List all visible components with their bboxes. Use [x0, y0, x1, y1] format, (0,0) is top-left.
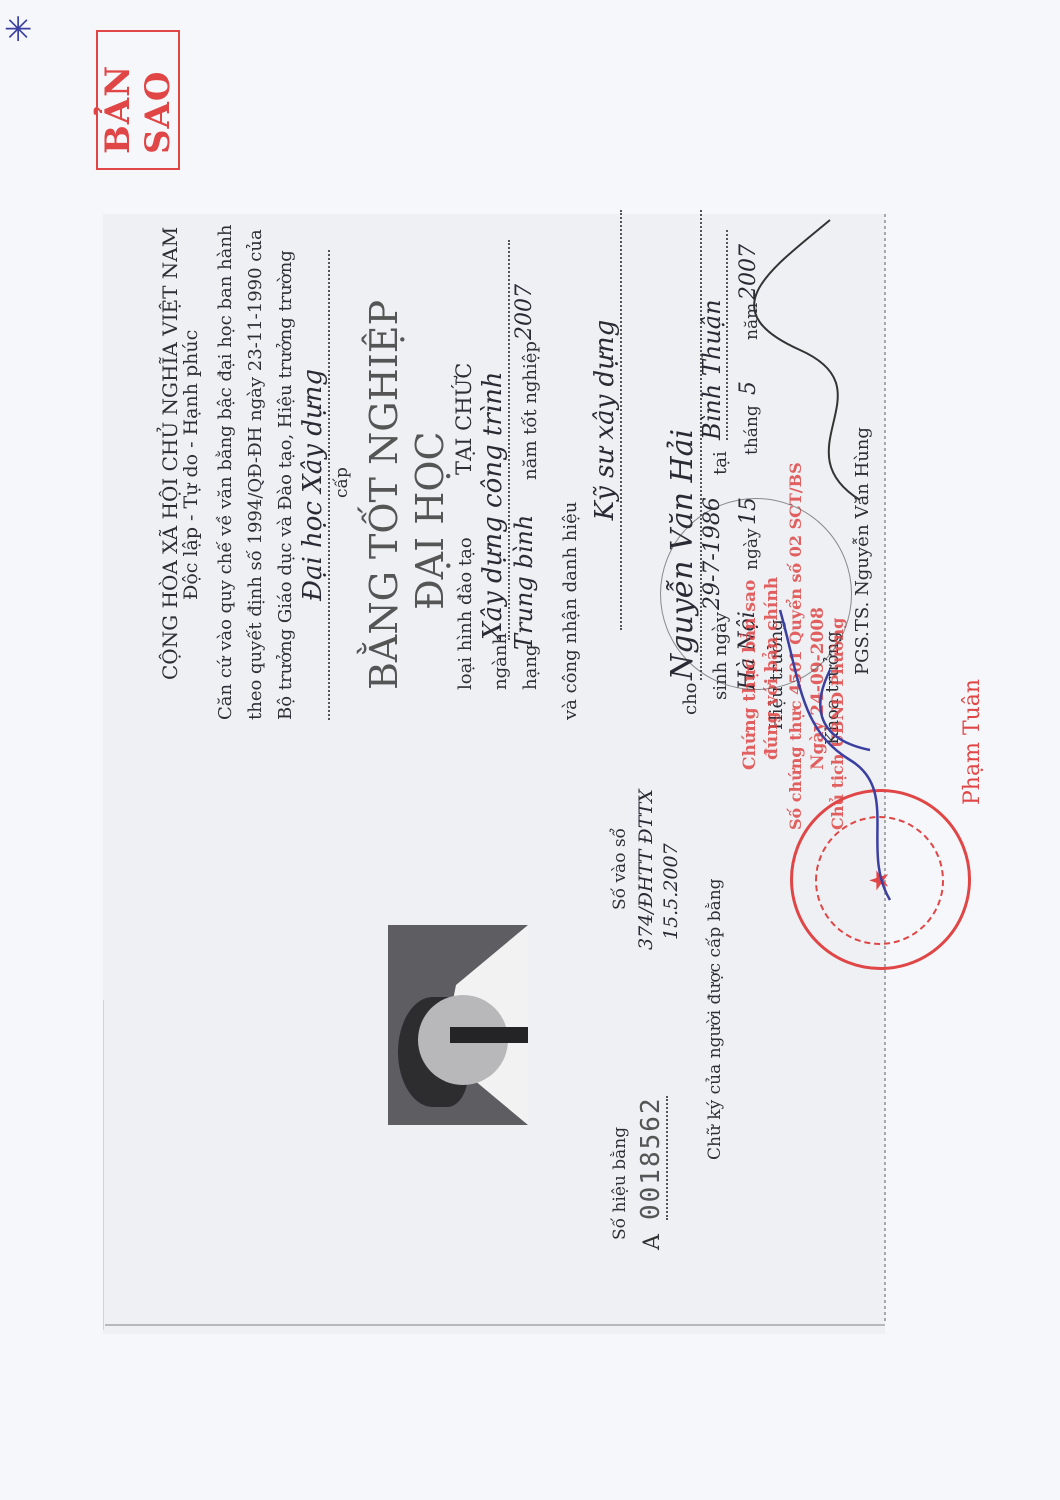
corner-mark-icon: ✳ [4, 8, 34, 52]
rank-label: hạng [520, 645, 541, 690]
country-header: CỘNG HÒA XÃ HỘI CHỦ NGHĨA VIỆT NAM [158, 227, 182, 680]
preamble-line-1: Căn cứ vào quy chế về văn bằng bậc đại h… [215, 224, 236, 720]
rector-signature [740, 210, 900, 510]
copy-stamp: BẢN SAO [96, 30, 180, 170]
rank: Trung bình [510, 515, 538, 650]
year-label: năm tốt nghiệp [520, 341, 541, 480]
preamble-line-2: theo quyết định số 1994/QĐ-ĐH ngày 23-11… [245, 229, 266, 720]
grant-word: cấp [332, 467, 352, 498]
recipient-label: cho [680, 682, 701, 715]
holder-photo [388, 925, 528, 1125]
university-name: Đại học Xây dựng [298, 250, 330, 720]
major: Xây dựng công trình [478, 240, 510, 640]
registry-number: 374/ĐHTT ĐTTX [635, 789, 657, 950]
diploma: BẢN SAO CỘNG HÒA XÃ HỘI CHỦ NGHĨA VIỆT N… [100, 30, 900, 1330]
certifier-name: Phạm Tuân [960, 679, 985, 805]
diploma-subtitle: ĐẠI HỌC [408, 431, 452, 610]
graduation-year: 2007 [512, 284, 537, 340]
title-label: và công nhận danh hiệu [560, 502, 581, 720]
pob-label: tại [710, 451, 731, 475]
training-type: TẠI CHỨC [452, 363, 476, 475]
diploma-number: 0018562 [636, 1096, 668, 1220]
diploma-title: BẰNG TỐT NGHIỆP [362, 300, 406, 690]
diploma-number-prefix: A [640, 1234, 665, 1250]
training-type-label: loại hình đào tạo [455, 537, 476, 690]
place-of-birth: Bình Thuận [698, 230, 728, 440]
scanned-page: ✳ BẢN SAO CỘNG HÒA XÃ HỘI CHỦ NGHĨA VIỆT… [0, 0, 1060, 1500]
diploma-number-label: Số hiệu bằng [610, 1127, 630, 1240]
holder-signature-label: Chữ ký của người được cấp bằng [705, 878, 725, 1160]
registry-date: 15.5.2007 [660, 843, 682, 940]
registry-label: Số vào sổ [610, 828, 630, 910]
degree-title: Kỹ sư xây dựng [590, 210, 622, 630]
major-label: ngành [490, 633, 511, 690]
certifier-signature [740, 590, 940, 910]
preamble-line-3: Bộ trưởng Giáo dục và Đào tạo, Hiệu trưở… [275, 250, 296, 720]
motto: Độc lập - Tự do - Hạnh phúc [180, 330, 202, 600]
